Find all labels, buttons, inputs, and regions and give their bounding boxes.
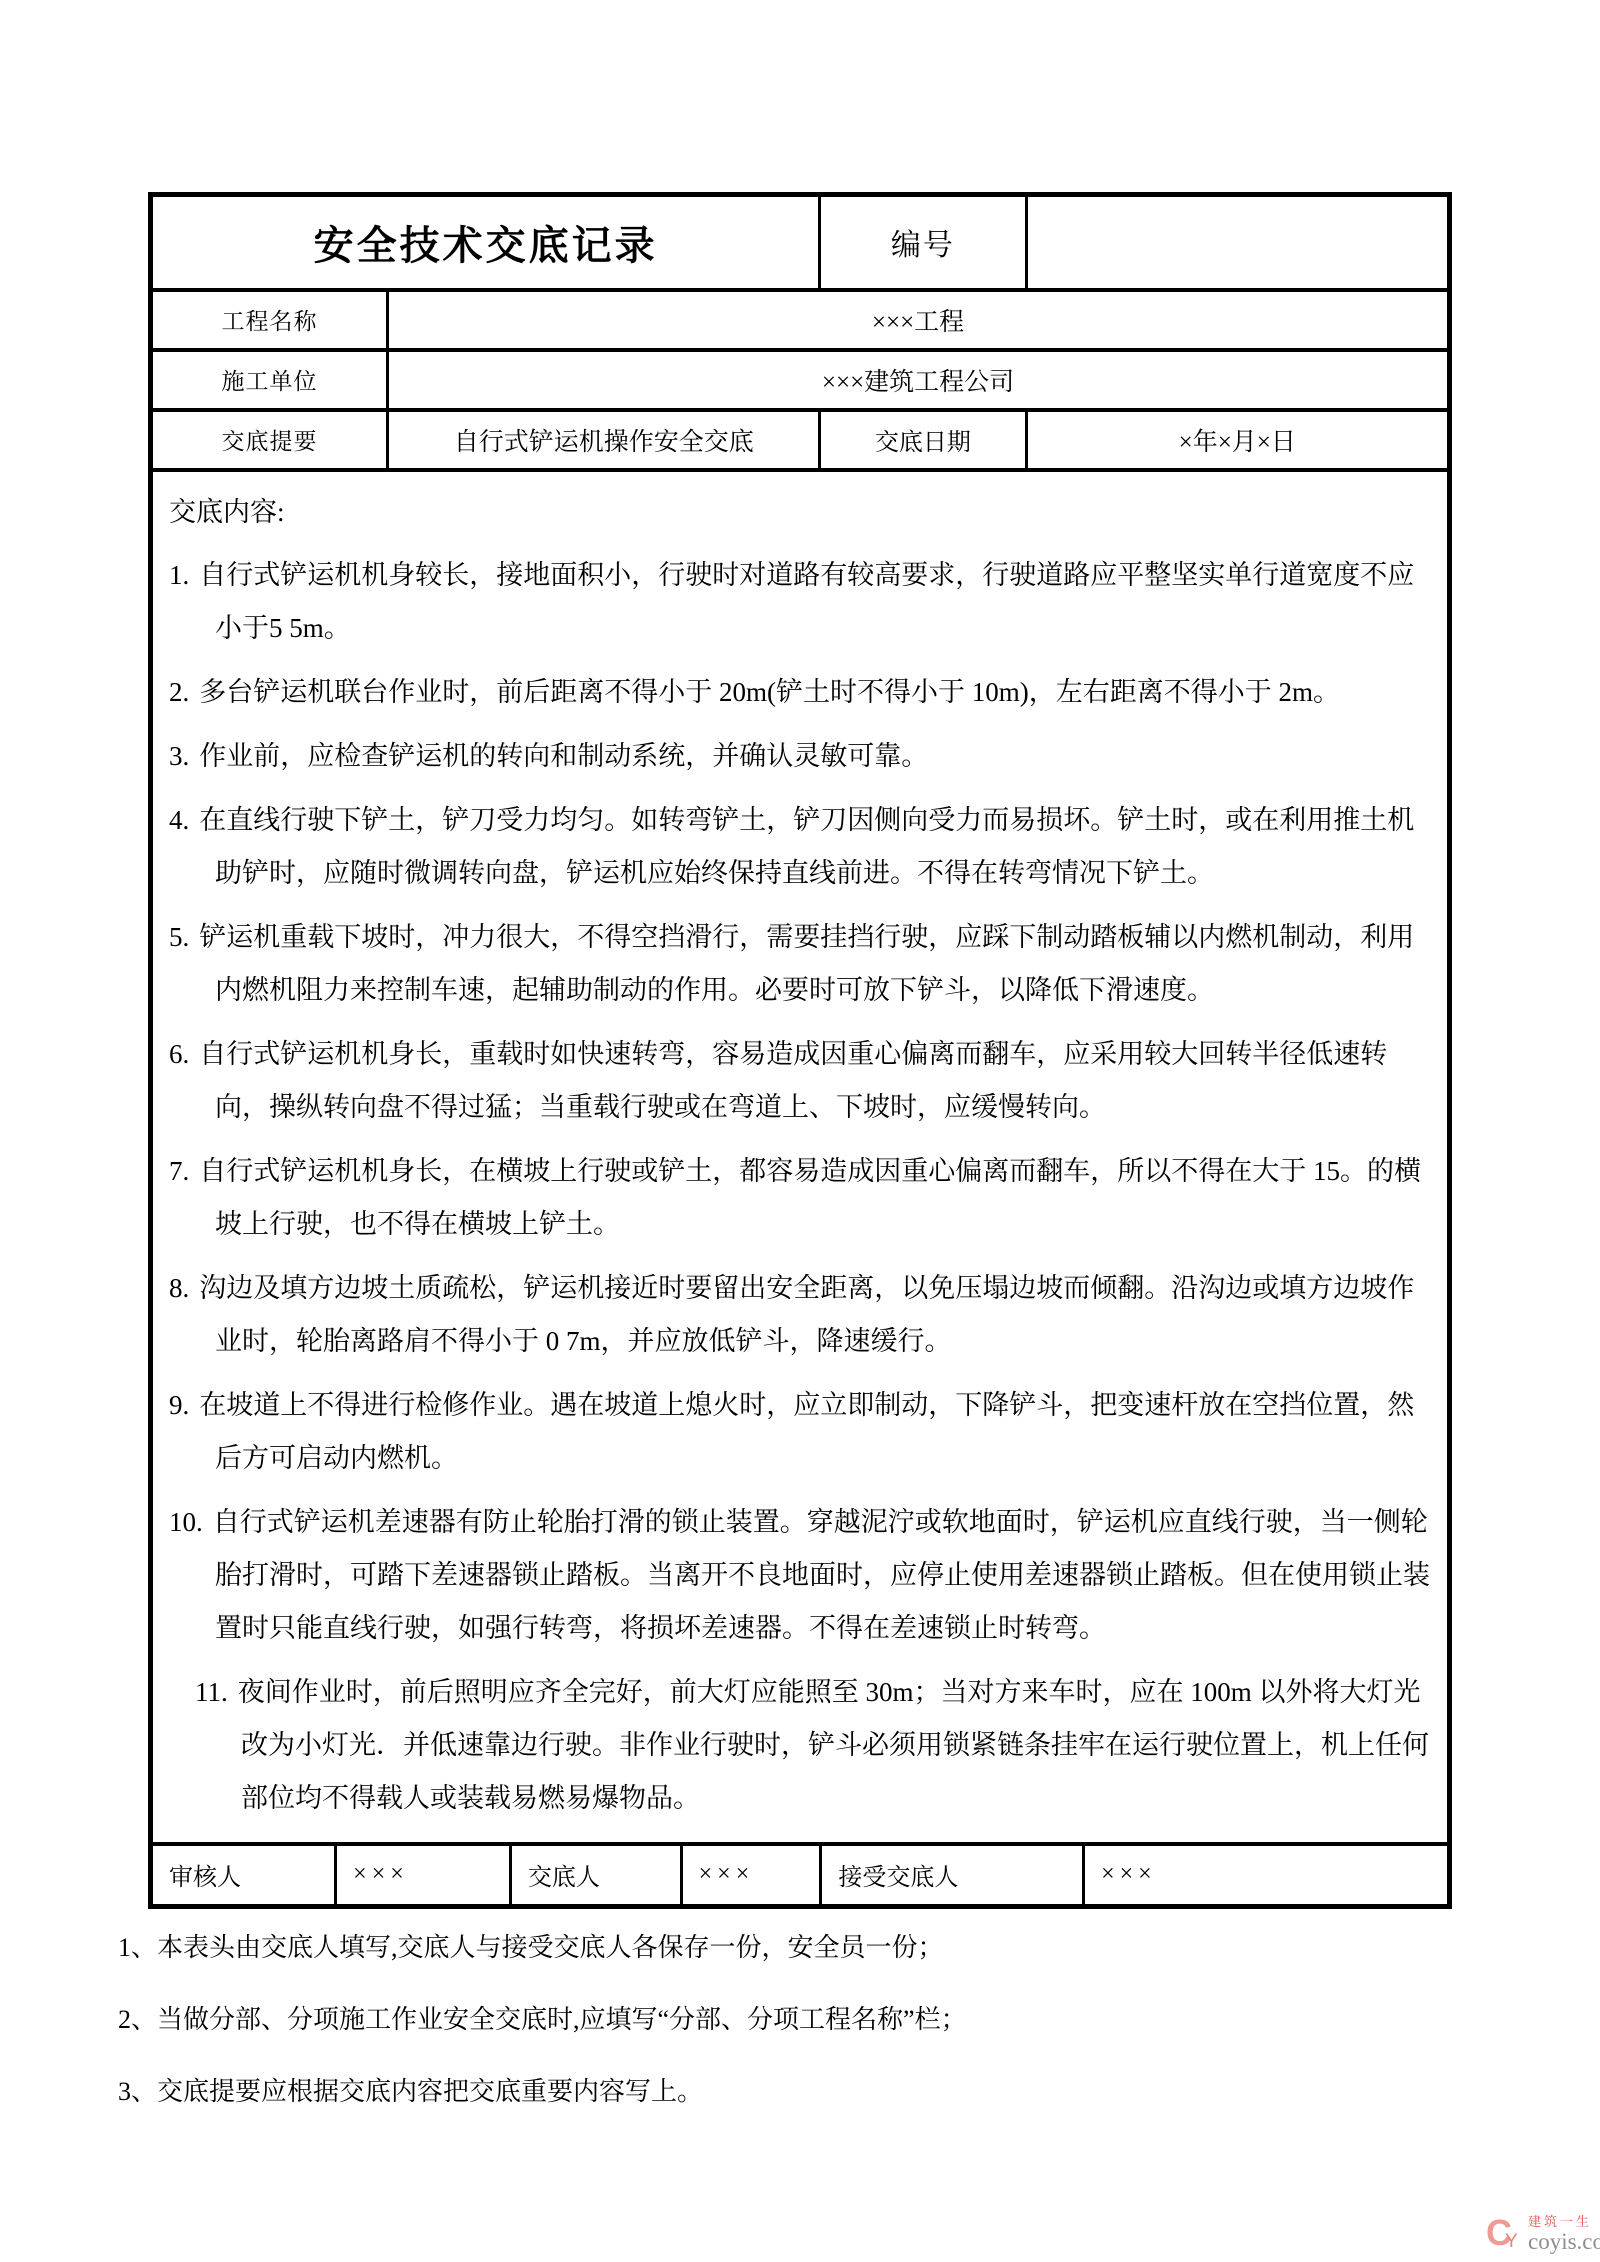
item-number: 6. (169, 1039, 189, 1069)
title-row: 安全技术交底记录 编号 (151, 195, 1450, 290)
coyis-logo-icon: C Y (1486, 2214, 1524, 2256)
item-text: 在直线行驶下铲土，铲刀受力均匀。如转弯铲土，铲刀因侧向受力而易损坏。铲土时，或在… (199, 805, 1414, 888)
project-name-label: 工程名称 (151, 290, 388, 350)
disclosure-date-label: 交底日期 (820, 410, 1026, 470)
disclosure-record-table: 安全技术交底记录 编号 工程名称 ×××工程 施工单位 ×××建筑工程公司 交底… (148, 192, 1452, 1909)
summary-value: 自行式铲运机操作安全交底 (388, 410, 820, 470)
project-row: 工程名称 ×××工程 (151, 290, 1450, 350)
content-item-8: 8.沟边及填方边坡土质疏松，铲运机接近时要留出安全距离，以免压塌边坡而倾翻。沿沟… (169, 1262, 1431, 1368)
number-value (1026, 195, 1450, 290)
item-text: 多台铲运机联台作业时，前后距离不得小于 20m(铲土时不得小于 10m)，左右距… (199, 677, 1340, 707)
item-text: 夜间作业时，前后照明应齐全完好，前大灯应能照至 30m；当对方来车时，应在 10… (238, 1677, 1429, 1813)
item-text: 自行式铲运机差速器有防止轮胎打滑的锁止装置。穿越泥泞或软地面时，铲运机应直线行驶… (213, 1507, 1430, 1643)
summary-row: 交底提要 自行式铲运机操作安全交底 交底日期 ×年×月×日 (151, 410, 1450, 470)
item-number: 4. (169, 805, 189, 835)
unit-row: 施工单位 ×××建筑工程公司 (151, 350, 1450, 410)
document-page: 安全技术交底记录 编号 工程名称 ×××工程 施工单位 ×××建筑工程公司 交底… (0, 0, 1600, 2262)
footnotes: 1、本表头由交底人填写,交底人与接受交底人各保存一份，安全员一份； 2、当做分部… (118, 1925, 1458, 2141)
content-item-4: 4.在直线行驶下铲土，铲刀受力均匀。如转弯铲土，铲刀因侧向受力而易损坏。铲土时，… (169, 794, 1431, 900)
content-cell: 交底内容: 1.自行式铲运机机身较长，接地面积小，行驶时对道路有较高要求，行驶道… (151, 470, 1450, 1844)
discloser-label: 交底人 (509, 1846, 680, 1904)
item-text: 自行式铲运机机身较长，接地面积小，行驶时对道路有较高要求，行驶道路应平整坚实单行… (199, 560, 1414, 643)
logo-letter-y: Y (1505, 2231, 1518, 2253)
construction-unit-label: 施工单位 (151, 350, 388, 410)
watermark-site: coyis.com (1528, 2229, 1600, 2255)
item-number: 3. (169, 741, 189, 771)
item-number: 10. (169, 1507, 203, 1537)
item-text: 铲运机重载下坡时，冲力很大，不得空挡滑行，需要挂挡行驶，应踩下制动踏板辅以内燃机… (199, 922, 1414, 1005)
content-item-7: 7.自行式铲运机机身长，在横坡上行驶或铲土，都容易造成因重心偏离而翻车，所以不得… (169, 1145, 1431, 1251)
content-item-10: 10.自行式铲运机差速器有防止轮胎打滑的锁止装置。穿越泥泞或软地面时，铲运机应直… (169, 1496, 1431, 1655)
item-number: 2. (169, 677, 189, 707)
item-number: 1. (169, 560, 189, 590)
content-item-11: 11.夜间作业时，前后照明应齐全完好，前大灯应能照至 30m；当对方来车时，应在… (195, 1666, 1431, 1825)
content-heading: 交底内容: (169, 486, 1431, 538)
number-label: 编号 (820, 195, 1026, 290)
watermark: C Y 建筑一生 coyis.com (1486, 2214, 1600, 2256)
reviewer-signature: ××× (334, 1846, 509, 1904)
item-text: 自行式铲运机机身长，在横坡上行驶或铲土，都容易造成因重心偏离而翻车，所以不得在大… (199, 1156, 1421, 1239)
receiver-signature: ××× (1082, 1846, 1447, 1904)
item-text: 自行式铲运机机身长，重载时如快速转弯，容易造成因重心偏离而翻车，应采用较大回转半… (199, 1039, 1387, 1122)
footnote-1: 1、本表头由交底人填写,交底人与接受交底人各保存一份，安全员一份； (118, 1925, 1458, 1971)
item-number: 9. (169, 1390, 189, 1420)
discloser-signature: ××× (680, 1846, 820, 1904)
reviewer-label: 审核人 (153, 1846, 334, 1904)
receiver-label: 接受交底人 (819, 1846, 1082, 1904)
project-name-value: ×××工程 (388, 290, 1450, 350)
disclosure-date-value: ×年×月×日 (1026, 410, 1450, 470)
item-text: 作业前，应检查铲运机的转向和制动系统，并确认灵敏可靠。 (199, 741, 928, 771)
content-item-3: 3.作业前，应检查铲运机的转向和制动系统，并确认灵敏可靠。 (169, 730, 1431, 783)
signature-cells: 审核人 ××× 交底人 ××× 接受交底人 ××× (151, 1844, 1450, 1907)
item-text: 在坡道上不得进行检修作业。遇在坡道上熄火时，应立即制动，下降铲斗，把变速杆放在空… (199, 1390, 1414, 1473)
item-text: 沟边及填方边坡土质疏松，铲运机接近时要留出安全距离，以免压塌边坡而倾翻。沿沟边或… (199, 1273, 1414, 1356)
content-item-2: 2.多台铲运机联台作业时，前后距离不得小于 20m(铲土时不得小于 10m)，左… (169, 666, 1431, 719)
summary-label: 交底提要 (151, 410, 388, 470)
content-item-6: 6.自行式铲运机机身长，重载时如快速转弯，容易造成因重心偏离而翻车，应采用较大回… (169, 1028, 1431, 1134)
item-number: 5. (169, 922, 189, 952)
content-item-5: 5.铲运机重载下坡时，冲力很大，不得空挡滑行，需要挂挡行驶，应踩下制动踏板辅以内… (169, 911, 1431, 1017)
item-number: 11. (195, 1677, 228, 1707)
item-number: 8. (169, 1273, 189, 1303)
signature-row: 审核人 ××× 交底人 ××× 接受交底人 ××× (151, 1844, 1450, 1907)
watermark-slogan: 建筑一生 (1528, 2214, 1600, 2229)
construction-unit-value: ×××建筑工程公司 (388, 350, 1450, 410)
document-title: 安全技术交底记录 (151, 195, 820, 290)
footnote-3: 3、交底提要应根据交底内容把交底重要内容写上。 (118, 2069, 1458, 2115)
footnote-2: 2、当做分部、分项施工作业安全交底时,应填写“分部、分项工程名称”栏； (118, 1997, 1458, 2043)
content-row: 交底内容: 1.自行式铲运机机身较长，接地面积小，行驶时对道路有较高要求，行驶道… (151, 470, 1450, 1844)
content-item-1: 1.自行式铲运机机身较长，接地面积小，行驶时对道路有较高要求，行驶道路应平整坚实… (169, 549, 1431, 655)
content-item-9: 9.在坡道上不得进行检修作业。遇在坡道上熄火时，应立即制动，下降铲斗，把变速杆放… (169, 1379, 1431, 1485)
item-number: 7. (169, 1156, 189, 1186)
